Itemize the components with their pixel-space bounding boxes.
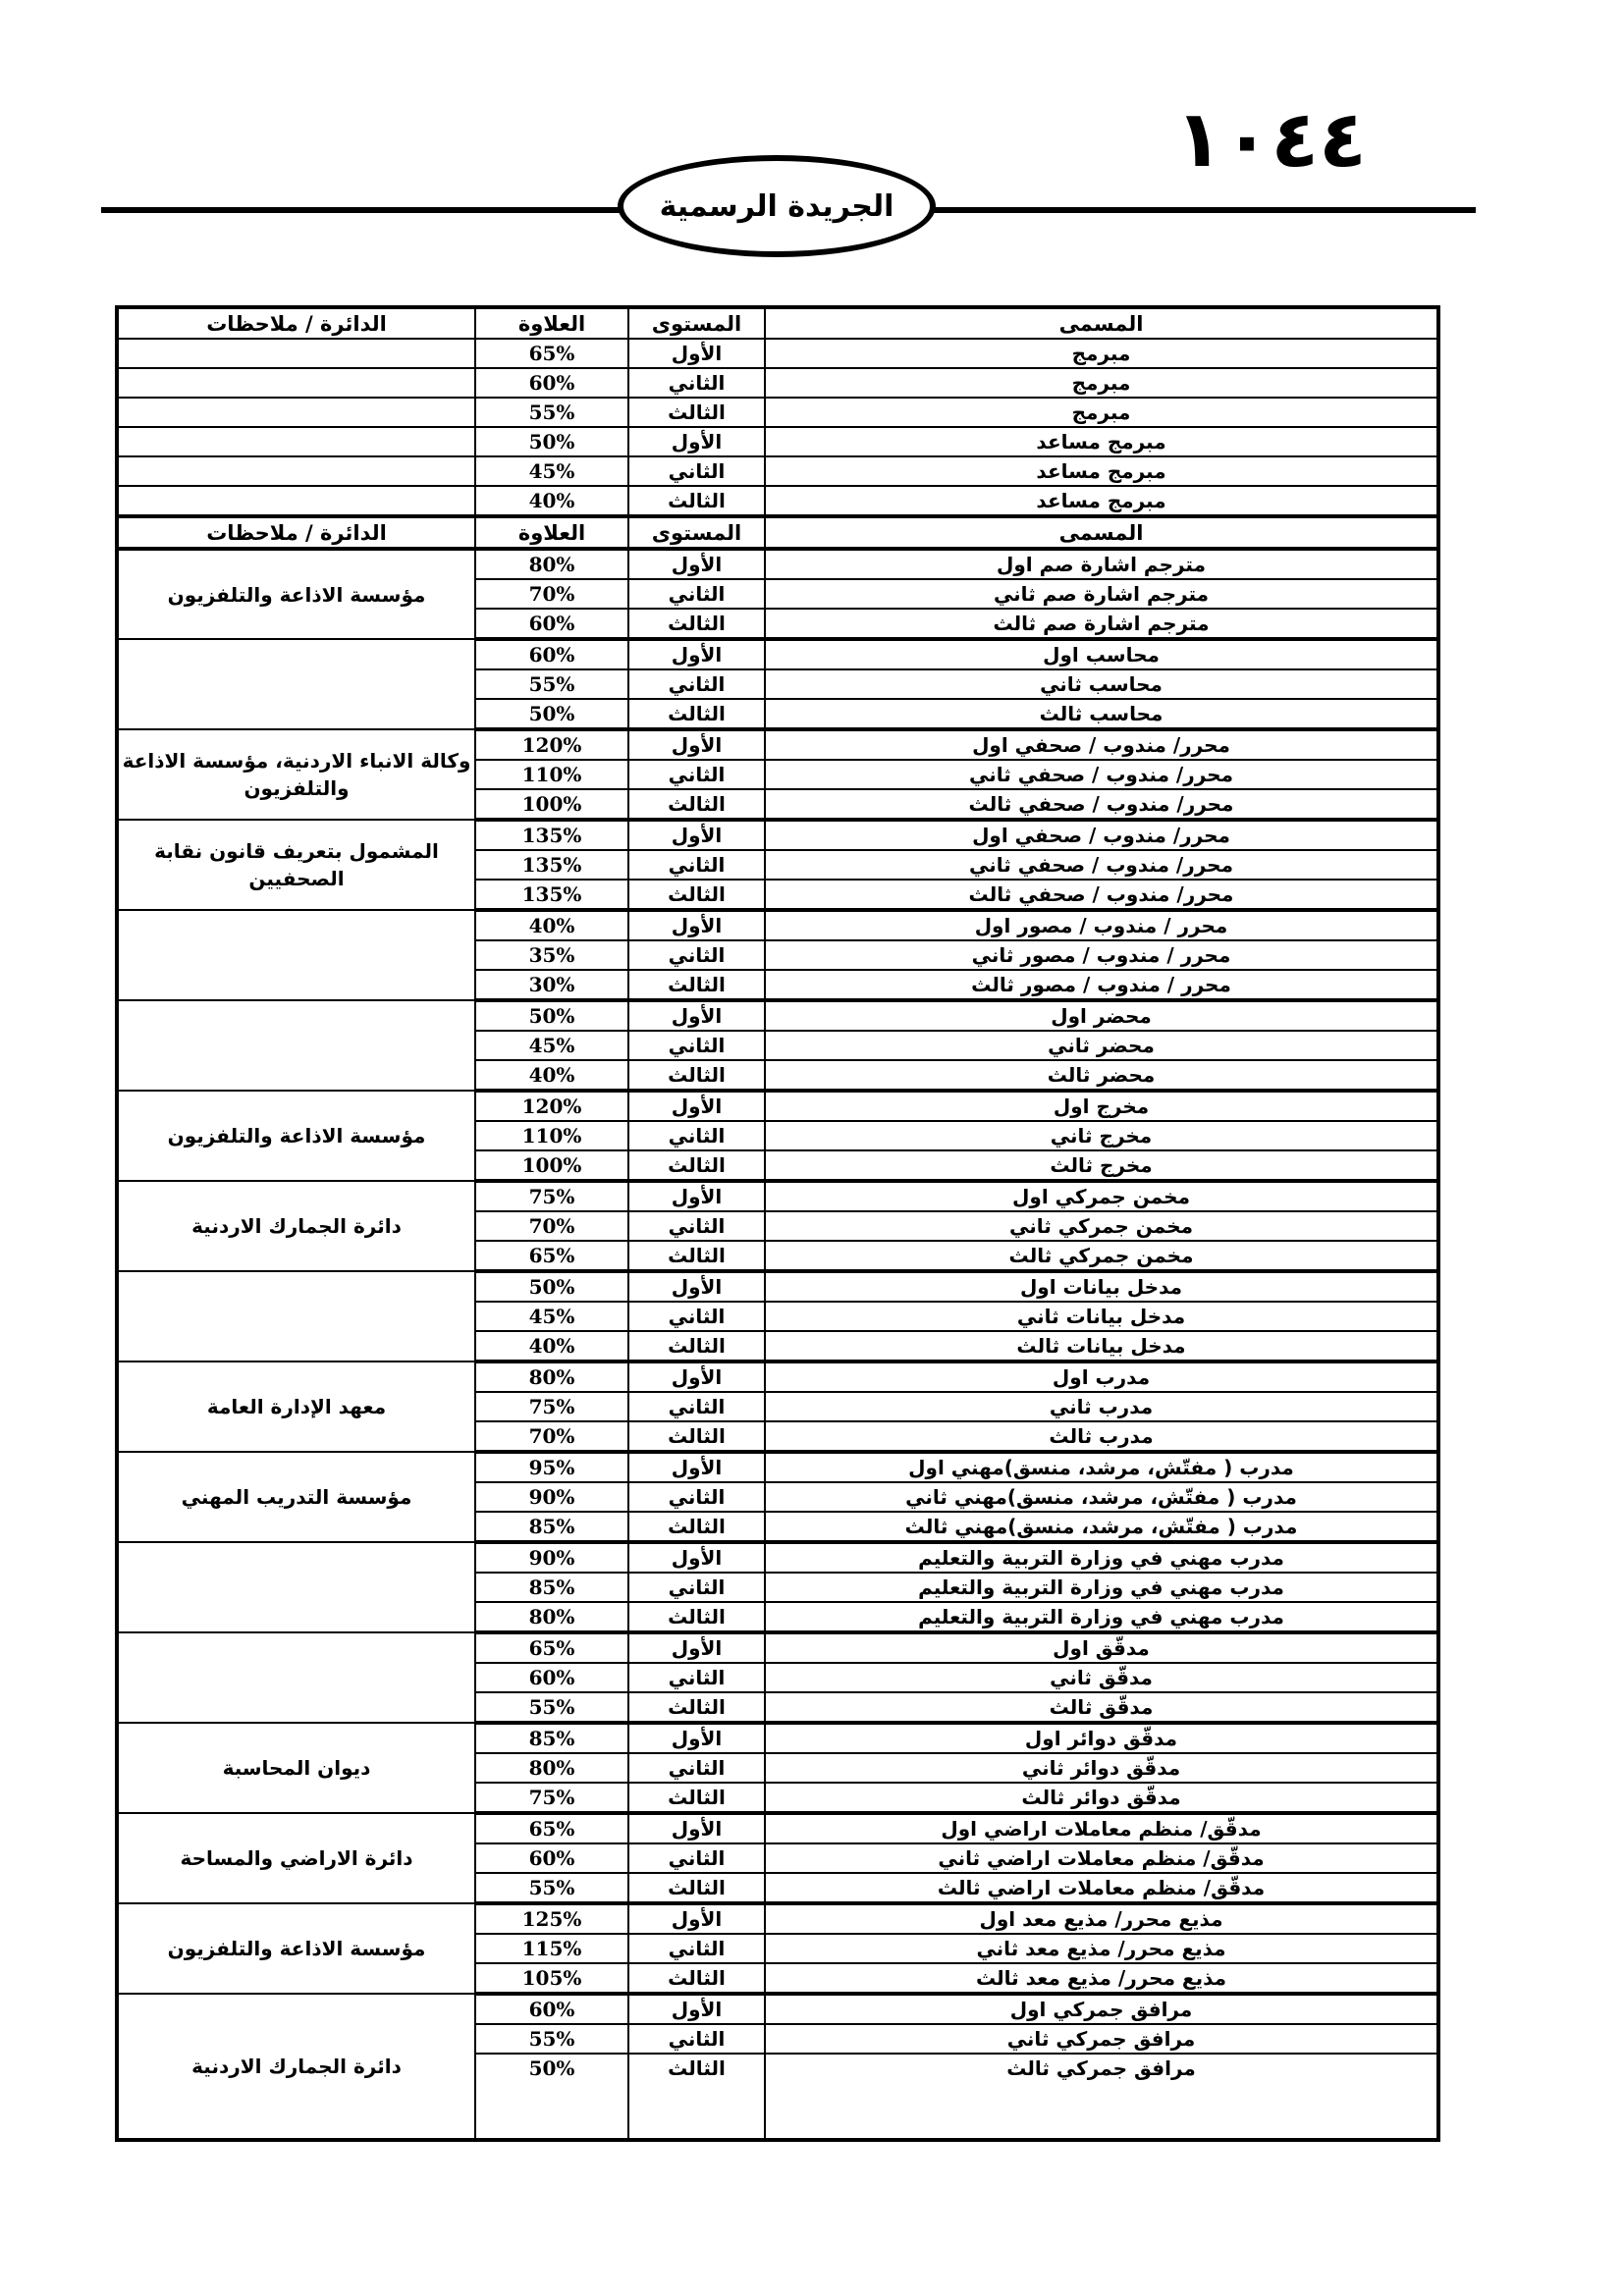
cell-allowance: 115%: [475, 1934, 628, 1963]
cell-job-title: مدقّق دوائر ثاني: [765, 1753, 1438, 1783]
cell-job-title: مدقّق ثاني: [765, 1663, 1438, 1692]
cell-level: الأول: [628, 1181, 765, 1211]
cell-level: الأول: [628, 729, 765, 760]
cell-job-title: مترجم اشارة صم اول: [765, 549, 1438, 579]
cell-job-title: مدقّق دوائر ثالث: [765, 1783, 1438, 1813]
cell-job-title: مبرمج: [765, 368, 1438, 398]
cell-level: الثالث: [628, 970, 765, 1000]
cell-level: الثالث: [628, 1963, 765, 1994]
table-row: مدرب مهني في وزارة التربية والتعليمالأول…: [117, 1542, 1438, 1573]
cell-level: الثالث: [628, 1692, 765, 1723]
cell-level: الثاني: [628, 1302, 765, 1331]
cell-allowance: 40%: [475, 1060, 628, 1091]
cell-allowance: 120%: [475, 729, 628, 760]
header-level: المستوى: [628, 307, 765, 339]
cell-job-title: محرر / مندوب / مصور اول: [765, 910, 1438, 940]
cell-allowance: 40%: [475, 1331, 628, 1362]
cell-allowance: 40%: [475, 910, 628, 940]
cell-allowance: 110%: [475, 1121, 628, 1150]
table-row: مدخل بيانات اولالأول50%: [117, 1271, 1438, 1302]
cell-level: الثاني: [628, 1573, 765, 1602]
table-row: محرر / مندوب / مصور اولالأول40%: [117, 910, 1438, 940]
cell-job-title: مبرمج: [765, 398, 1438, 427]
cell-job-title: مترجم اشارة صم ثالث: [765, 609, 1438, 639]
cell-allowance: 125%: [475, 1903, 628, 1934]
table-row: مبرمج مساعدالأول50%: [117, 427, 1438, 456]
cell-level: الثاني: [628, 1211, 765, 1241]
cell-level: الأول: [628, 427, 765, 456]
cell-department-group: دائرة الجمارك الاردنية: [117, 1181, 475, 1271]
cell-level: الأول: [628, 639, 765, 669]
cell-job-title: محرر/ مندوب / صحفي ثالث: [765, 789, 1438, 820]
cell-level: الثالث: [628, 1060, 765, 1091]
cell-allowance: 90%: [475, 1482, 628, 1512]
cell-job-title: مدقّق ثالث: [765, 1692, 1438, 1723]
cell-job-title: مدقّق اول: [765, 1632, 1438, 1663]
cell-allowance: 50%: [475, 1000, 628, 1031]
cell-job-title: مبرمج: [765, 339, 1438, 368]
cell-allowance: 100%: [475, 789, 628, 820]
cell-department-group: [117, 1000, 475, 1091]
cell-job-title: محرر / مندوب / مصور ثاني: [765, 940, 1438, 970]
cell-job-title: مدقّق/ منظم معاملات اراضي ثالث: [765, 1873, 1438, 1903]
cell-job-title: مخرج اول: [765, 1091, 1438, 1121]
cell-level: الأول: [628, 1452, 765, 1482]
cell-level: الثاني: [628, 1663, 765, 1692]
table-row: مبرمجالثاني60%: [117, 368, 1438, 398]
cell-job-title: مخمن جمركي اول: [765, 1181, 1438, 1211]
cell-job-title: مخرج ثاني: [765, 1121, 1438, 1150]
cell-level: الأول: [628, 1903, 765, 1934]
allowances-table-body: مبرمجالأول65%مبرمجالثاني60%مبرمجالثالث55…: [117, 339, 1438, 2140]
cell-level: الثاني: [628, 2024, 765, 2054]
cell-level: الثاني: [628, 368, 765, 398]
cell-job-title: مبرمج مساعد: [765, 456, 1438, 486]
cell-job-title: مدرب مهني في وزارة التربية والتعليم: [765, 1573, 1438, 1602]
cell-level: الأول: [628, 1994, 765, 2024]
cell-level: الأول: [628, 1813, 765, 1843]
cell-department-group: دائرة الاراضي والمساحة: [117, 1813, 475, 1903]
cell-job-title: مذيع محرر/ مذيع معد ثاني: [765, 1934, 1438, 1963]
cell-job-title: محرر/ مندوب / صحفي ثالث: [765, 880, 1438, 910]
cell-allowance: 60%: [475, 609, 628, 639]
cell-level: الثاني: [628, 1843, 765, 1873]
cell-allowance: 105%: [475, 1963, 628, 1994]
cell-level: الثالث: [628, 699, 765, 729]
cell-allowance: 55%: [475, 2024, 628, 2054]
cell-level: الثالث: [628, 1150, 765, 1181]
cell-level: الثالث: [628, 1512, 765, 1542]
cell-department-group: مؤسسة الاذاعة والتلفزيون: [117, 549, 475, 639]
table-header-row: المسمىالمستوىالعلاوةالدائرة / ملاحظات: [117, 307, 1438, 339]
table-header-row-repeat: المسمىالمستوىالعلاوةالدائرة / ملاحظات: [117, 516, 1438, 549]
cell-level: الثاني: [628, 850, 765, 880]
cell-level: الأول: [628, 1000, 765, 1031]
cell-level: الثاني: [628, 1753, 765, 1783]
cell-allowance: 85%: [475, 1512, 628, 1542]
cell-allowance: 60%: [475, 639, 628, 669]
cell-job-title: مبرمج مساعد: [765, 427, 1438, 456]
cell-allowance: 135%: [475, 850, 628, 880]
cell-allowance: 85%: [475, 1723, 628, 1753]
cell-level: الأول: [628, 339, 765, 368]
cell-level: الثالث: [628, 789, 765, 820]
cell-job-title: مدرب ثاني: [765, 1392, 1438, 1421]
cell-allowance: 80%: [475, 1753, 628, 1783]
masthead-ellipse: الجريدة الرسمية: [618, 155, 936, 257]
cell-job-title: مخرج ثالث: [765, 1150, 1438, 1181]
header-department: الدائرة / ملاحظات: [117, 516, 475, 549]
cell-job-title: محاسب اول: [765, 639, 1438, 669]
cell-job-title: مدقّق/ منظم معاملات اراضي ثاني: [765, 1843, 1438, 1873]
cell-department-group: وكالة الانباء الاردنية، مؤسسة الاذاعة وا…: [117, 729, 475, 820]
cell-allowance: 85%: [475, 1573, 628, 1602]
cell-allowance: 70%: [475, 1421, 628, 1452]
cell-level: الأول: [628, 820, 765, 850]
header-job-title: المسمى: [765, 307, 1438, 339]
cell-level: الثالث: [628, 398, 765, 427]
cell-job-title: محرر/ مندوب / صحفي اول: [765, 729, 1438, 760]
table-row: محرر/ مندوب / صحفي اولالأول120%وكالة الا…: [117, 729, 1438, 760]
cell-job-title: محضر اول: [765, 1000, 1438, 1031]
cell-allowance: 35%: [475, 940, 628, 970]
cell-level: الثاني: [628, 760, 765, 789]
cell-department-group: مؤسسة الاذاعة والتلفزيون: [117, 1903, 475, 1994]
cell-level: الثالث: [628, 1331, 765, 1362]
cell-job-title: مترجم اشارة صم ثاني: [765, 579, 1438, 609]
cell-job-title: مدخل بيانات ثالث: [765, 1331, 1438, 1362]
cell-level: الثاني: [628, 579, 765, 609]
cell-job-title: مدرب ( مفتّش، مرشد، منسق)مهني اول: [765, 1452, 1438, 1482]
table-row: مبرمج مساعدالثاني45%: [117, 456, 1438, 486]
cell-job-title: مرافق جمركي ثالث: [765, 2054, 1438, 2140]
cell-allowance: 55%: [475, 1692, 628, 1723]
cell-allowance: 65%: [475, 1632, 628, 1663]
cell-allowance: 50%: [475, 699, 628, 729]
cell-allowance: 50%: [475, 427, 628, 456]
cell-level: الأول: [628, 1362, 765, 1392]
cell-job-title: محاسب ثاني: [765, 669, 1438, 699]
cell-allowance: 45%: [475, 456, 628, 486]
allowances-table-head: المسمىالمستوىالعلاوةالدائرة / ملاحظات: [117, 307, 1438, 339]
cell-job-title: مذيع محرر/ مذيع معد ثالث: [765, 1963, 1438, 1994]
cell-allowance: 45%: [475, 1031, 628, 1060]
cell-allowance: 30%: [475, 970, 628, 1000]
table-row: مبرمجالأول65%: [117, 339, 1438, 368]
cell-level: الثاني: [628, 1392, 765, 1421]
cell-allowance: 70%: [475, 579, 628, 609]
cell-level: الثالث: [628, 486, 765, 516]
header-department: الدائرة / ملاحظات: [117, 307, 475, 339]
cell-allowance: 120%: [475, 1091, 628, 1121]
cell-level: الثالث: [628, 609, 765, 639]
cell-level: الثالث: [628, 1873, 765, 1903]
cell-job-title: مدخل بيانات اول: [765, 1271, 1438, 1302]
cell-job-title: محرر/ مندوب / صحفي اول: [765, 820, 1438, 850]
cell-job-title: مدخل بيانات ثاني: [765, 1302, 1438, 1331]
cell-allowance: 50%: [475, 1271, 628, 1302]
cell-level: الثالث: [628, 1783, 765, 1813]
cell-job-title: محرر/ مندوب / صحفي ثاني: [765, 760, 1438, 789]
cell-department-group: [117, 1271, 475, 1362]
cell-job-title: مدرب ( مفتّش، مرشد، منسق)مهني ثالث: [765, 1512, 1438, 1542]
cell-department-group: [117, 639, 475, 729]
cell-department-group: [117, 1542, 475, 1632]
header-allowance: العلاوة: [475, 516, 628, 549]
cell-job-title: مدرب اول: [765, 1362, 1438, 1392]
cell-allowance: 55%: [475, 398, 628, 427]
header-level: المستوى: [628, 516, 765, 549]
table-row: مخرج اولالأول120%مؤسسة الاذاعة والتلفزيو…: [117, 1091, 1438, 1121]
cell-job-title: محضر ثالث: [765, 1060, 1438, 1091]
cell-allowance: 90%: [475, 1542, 628, 1573]
cell-job-title: مدرب ( مفتّش، مرشد، منسق)مهني ثاني: [765, 1482, 1438, 1512]
page-number: ١٠٤٤: [1175, 100, 1367, 179]
cell-allowance: 135%: [475, 880, 628, 910]
cell-level: الأول: [628, 1091, 765, 1121]
cell-level: الأول: [628, 1271, 765, 1302]
cell-department-group: [117, 1632, 475, 1723]
cell-level: الثاني: [628, 456, 765, 486]
table-row: مدرب اولالأول80%معهد الإدارة العامة: [117, 1362, 1438, 1392]
cell-department-group: [117, 910, 475, 1000]
cell-level: الثالث: [628, 1602, 765, 1632]
cell-job-title: مخمن جمركي ثالث: [765, 1241, 1438, 1271]
cell-department-group: دائرة الجمارك الاردنية: [117, 1994, 475, 2140]
cell-allowance: 70%: [475, 1211, 628, 1241]
cell-job-title: محرر/ مندوب / صحفي ثاني: [765, 850, 1438, 880]
cell-allowance: 60%: [475, 368, 628, 398]
table-row: محرر/ مندوب / صحفي اولالأول135%المشمول ب…: [117, 820, 1438, 850]
cell-allowance: 55%: [475, 669, 628, 699]
table-row: مذيع محرر/ مذيع معد اولالأول125%مؤسسة ال…: [117, 1903, 1438, 1934]
table-row: محضر اولالأول50%: [117, 1000, 1438, 1031]
cell-level: الثالث: [628, 880, 765, 910]
cell-allowance: 80%: [475, 1362, 628, 1392]
cell-allowance: 65%: [475, 1813, 628, 1843]
cell-level: الأول: [628, 549, 765, 579]
cell-level: الثالث: [628, 1241, 765, 1271]
cell-department: [117, 427, 475, 456]
cell-department-group: معهد الإدارة العامة: [117, 1362, 475, 1452]
cell-level: الثاني: [628, 940, 765, 970]
cell-allowance: 50%: [475, 2054, 628, 2140]
gazette-page: ١٠٤٤ الجريدة الرسمية المسمىالمستوىالعلاو…: [0, 0, 1624, 2296]
cell-level: الثالث: [628, 1421, 765, 1452]
cell-department: [117, 368, 475, 398]
cell-department-group: مؤسسة التدريب المهني: [117, 1452, 475, 1542]
table-row: مدقّق/ منظم معاملات اراضي اولالأول65%دائ…: [117, 1813, 1438, 1843]
cell-level: الثاني: [628, 1934, 765, 1963]
cell-level: الأول: [628, 1723, 765, 1753]
cell-job-title: مبرمج مساعد: [765, 486, 1438, 516]
cell-allowance: 75%: [475, 1181, 628, 1211]
cell-department: [117, 456, 475, 486]
table-row: مدقّق دوائر اولالأول85%ديوان المحاسبة: [117, 1723, 1438, 1753]
cell-allowance: 55%: [475, 1873, 628, 1903]
cell-department: [117, 486, 475, 516]
cell-allowance: 135%: [475, 820, 628, 850]
cell-allowance: 65%: [475, 1241, 628, 1271]
cell-level: الثاني: [628, 1482, 765, 1512]
cell-department-group: ديوان المحاسبة: [117, 1723, 475, 1813]
cell-job-title: مدقّق دوائر اول: [765, 1723, 1438, 1753]
cell-job-title: محاسب ثالث: [765, 699, 1438, 729]
cell-job-title: مرافق جمركي اول: [765, 1994, 1438, 2024]
header-allowance: العلاوة: [475, 307, 628, 339]
table-row: مرافق جمركي اولالأول60%دائرة الجمارك الا…: [117, 1994, 1438, 2024]
cell-job-title: مرافق جمركي ثاني: [765, 2024, 1438, 2054]
cell-level: الثاني: [628, 1121, 765, 1150]
cell-job-title: مدرب مهني في وزارة التربية والتعليم: [765, 1602, 1438, 1632]
table-row: مبرمج مساعدالثالث40%: [117, 486, 1438, 516]
table-row: محاسب اولالأول60%: [117, 639, 1438, 669]
cell-allowance: 95%: [475, 1452, 628, 1482]
cell-allowance: 45%: [475, 1302, 628, 1331]
cell-allowance: 100%: [475, 1150, 628, 1181]
table-row: مترجم اشارة صم اولالأول80%مؤسسة الاذاعة …: [117, 549, 1438, 579]
cell-level: الأول: [628, 1542, 765, 1573]
cell-allowance: 80%: [475, 549, 628, 579]
cell-allowance: 75%: [475, 1392, 628, 1421]
header-job-title: المسمى: [765, 516, 1438, 549]
cell-level: الثاني: [628, 669, 765, 699]
cell-allowance: 60%: [475, 1843, 628, 1873]
cell-allowance: 40%: [475, 486, 628, 516]
cell-allowance: 65%: [475, 339, 628, 368]
cell-department-group: مؤسسة الاذاعة والتلفزيون: [117, 1091, 475, 1181]
cell-level: الثاني: [628, 1031, 765, 1060]
cell-allowance: 75%: [475, 1783, 628, 1813]
table-row: مدقّق اولالأول65%: [117, 1632, 1438, 1663]
cell-job-title: محضر ثاني: [765, 1031, 1438, 1060]
table-row: مدرب ( مفتّش، مرشد، منسق)مهني اولالأول95…: [117, 1452, 1438, 1482]
cell-level: الأول: [628, 910, 765, 940]
cell-allowance: 80%: [475, 1602, 628, 1632]
cell-job-title: مذيع محرر/ مذيع معد اول: [765, 1903, 1438, 1934]
cell-level: الأول: [628, 1632, 765, 1663]
cell-allowance: 60%: [475, 1994, 628, 2024]
cell-department-group: المشمول بتعريف قانون نقابة الصحفيين: [117, 820, 475, 910]
cell-department: [117, 398, 475, 427]
allowances-table: المسمىالمستوىالعلاوةالدائرة / ملاحظات مب…: [115, 305, 1440, 2142]
table-row: مخمن جمركي اولالأول75%دائرة الجمارك الار…: [117, 1181, 1438, 1211]
masthead-title: الجريدة الرسمية: [660, 189, 894, 224]
cell-department: [117, 339, 475, 368]
cell-job-title: مدرب ثالث: [765, 1421, 1438, 1452]
cell-level: الثالث: [628, 2054, 765, 2140]
table-row: مبرمجالثالث55%: [117, 398, 1438, 427]
cell-allowance: 60%: [475, 1663, 628, 1692]
cell-job-title: مخمن جمركي ثاني: [765, 1211, 1438, 1241]
cell-job-title: محرر / مندوب / مصور ثالث: [765, 970, 1438, 1000]
cell-allowance: 110%: [475, 760, 628, 789]
cell-job-title: مدقّق/ منظم معاملات اراضي اول: [765, 1813, 1438, 1843]
cell-job-title: مدرب مهني في وزارة التربية والتعليم: [765, 1542, 1438, 1573]
